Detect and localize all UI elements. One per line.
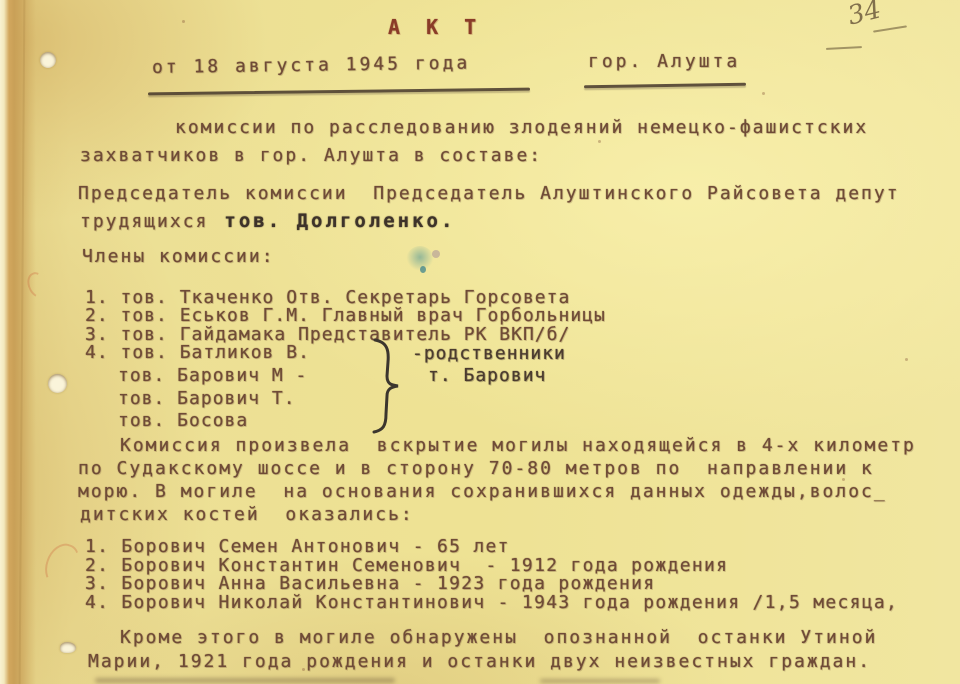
date-underline bbox=[148, 88, 530, 96]
chairman-name: тов. Долголенко. bbox=[224, 210, 455, 232]
bottom-cutoff-smudge bbox=[95, 678, 395, 683]
pencil-dash bbox=[873, 25, 907, 32]
chairman-line-2-prefix: трудящихся bbox=[80, 211, 208, 232]
closing-line-2: Марии, 1921 года рождения и останки двух… bbox=[88, 652, 871, 673]
document-title: А К Т bbox=[388, 16, 483, 39]
intro-line-1: комиссии по расследованию злодеяний неме… bbox=[175, 118, 868, 139]
grave-line-3: морю. В могиле на основания сохранившихс… bbox=[78, 482, 887, 503]
purple-fleck bbox=[432, 250, 440, 258]
relatives-brace bbox=[372, 338, 402, 434]
paper-chip bbox=[60, 642, 76, 653]
relative-item-1: 4. тов. Батликов В. bbox=[85, 343, 310, 364]
chairman-line-2: трудящихсятов. Долголенко. bbox=[80, 211, 455, 233]
grave-line-2: по Судакскому шоссе и в сторону 70-80 ме… bbox=[78, 459, 874, 480]
red-squiggle-mark bbox=[40, 539, 84, 591]
punch-hole-top bbox=[40, 52, 56, 68]
pencil-dash bbox=[826, 46, 862, 50]
torn-left-edge bbox=[0, 0, 36, 684]
intro-line-2: захватчиков в гор. Алушта в составе: bbox=[80, 146, 542, 167]
teal-ink-dot bbox=[420, 266, 426, 273]
handwritten-page-number: 34 bbox=[845, 0, 884, 32]
relative-item-2: тов. Барович М - bbox=[118, 366, 307, 387]
relative-item-4: тов. Босова bbox=[118, 411, 248, 432]
teal-ink-smudge bbox=[406, 246, 434, 274]
members-heading: Члены комиссии: bbox=[82, 247, 275, 268]
place-line: гор. Алушта bbox=[588, 52, 740, 73]
bottom-cutoff-smudge bbox=[540, 679, 660, 683]
grave-line-1: Комиссия произвела вскрытие могилы наход… bbox=[120, 436, 916, 457]
punch-hole-middle bbox=[48, 374, 67, 393]
grave-line-4: дитских костей оказались: bbox=[80, 505, 414, 526]
chairman-line-1: Председатель комиссии Председатель Алушт… bbox=[78, 184, 900, 205]
relatives-label-name: т. Барович bbox=[428, 366, 546, 387]
closing-line-1: Кроме этого в могиле обнаружены опознанн… bbox=[120, 628, 877, 649]
date-line: от 18 августа 1945 года bbox=[152, 54, 471, 79]
scanned-document-page: 34 А К Т от 18 августа 1945 года гор. Ал… bbox=[0, 0, 960, 684]
place-underline bbox=[584, 83, 746, 89]
relatives-label: -родственники bbox=[412, 344, 566, 365]
victim-item-4: 4. Борович Николай Константинович - 1943… bbox=[85, 593, 898, 614]
relative-item-3: тов. Барович Т. bbox=[118, 389, 296, 410]
